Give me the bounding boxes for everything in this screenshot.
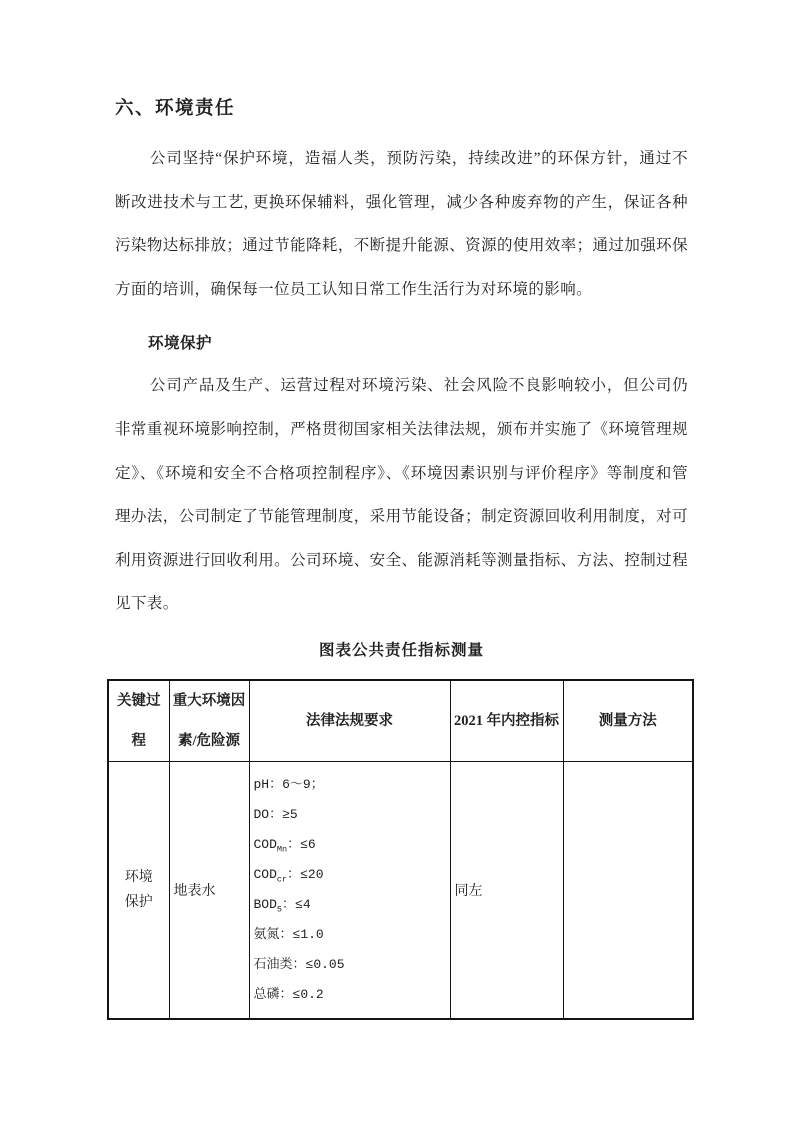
requirement-value: ：≥5 — [269, 807, 298, 822]
table-header-row: 关键过程 重大环境因素/危险源 法律法规要求 2021 年内控指标 测量方法 — [108, 680, 693, 762]
requirement-name: COD — [254, 867, 277, 882]
requirement-value: ：≤4 — [282, 897, 311, 912]
requirement-name: BOD — [254, 897, 277, 912]
subsection-heading-environment-protection: 环境保护 — [115, 330, 688, 357]
requirement-name: DO — [254, 807, 270, 822]
cell-measure-method — [563, 761, 693, 1019]
requirement-line-cod-cr: CODcr：≤20 — [254, 860, 450, 890]
paragraph-environment-protection: 公司产品及生产、运营过程对环境污染、社会风险不良影响较小，但公司仍非常重视环境影… — [115, 364, 688, 626]
cell-key-process: 环境 保护 — [108, 761, 169, 1019]
col-header-key-process: 关键过程 — [108, 680, 169, 762]
cell-2021-control-indicator: 同左 — [450, 761, 563, 1019]
table-row: 环境 保护 地表水 pH：6～9； DO：≥5 CODMn：≤6 CODcr：≤… — [108, 761, 693, 1019]
col-header-hazard-source: 重大环境因素/危险源 — [169, 680, 249, 762]
requirement-name: 氨氮 — [254, 927, 280, 942]
requirement-subscript: Mn — [277, 845, 287, 855]
key-process-line: 保护 — [109, 890, 169, 915]
requirement-line-petroleum: 石油类：≤0.05 — [254, 950, 450, 980]
requirement-value: ：6～9； — [269, 777, 324, 792]
requirement-line-ammonia: 氨氮：≤1.0 — [254, 920, 450, 950]
cell-hazard-surface-water: 地表水 — [169, 761, 249, 1019]
requirement-subscript: cr — [277, 875, 287, 885]
document-page: 六、环境责任 公司坚持“保护环境，造福人类，预防污染，持续改进”的环保方针，通过… — [0, 0, 800, 1132]
cell-legal-requirements: pH：6～9； DO：≥5 CODMn：≤6 CODcr：≤20 BOD5：≤4… — [249, 761, 450, 1019]
requirement-value: ：≤6 — [287, 837, 316, 852]
key-process-line: 环境 — [109, 865, 169, 890]
requirement-name: 石油类 — [254, 957, 293, 972]
responsibility-indicator-table: 关键过程 重大环境因素/危险源 法律法规要求 2021 年内控指标 测量方法 环… — [107, 679, 694, 1021]
requirement-line-cod-mn: CODMn：≤6 — [254, 830, 450, 860]
requirement-line-ph: pH：6～9； — [254, 770, 450, 800]
requirement-value: ：≤20 — [287, 867, 323, 882]
requirement-name: pH — [254, 777, 270, 792]
requirement-line-total-phosphorus: 总磷：≤0.2 — [254, 980, 450, 1010]
requirement-value: ：≤0.05 — [293, 957, 345, 972]
section-heading: 六、环境责任 — [115, 96, 688, 123]
requirement-line-do: DO：≥5 — [254, 800, 450, 830]
requirement-value: ：≤1.0 — [280, 927, 324, 942]
table-title: 图表公共责任指标测量 — [115, 637, 688, 664]
requirement-name: 总磷 — [254, 987, 280, 1002]
col-header-2021-control-indicator: 2021 年内控指标 — [450, 680, 563, 762]
requirement-name: COD — [254, 837, 277, 852]
col-header-legal-requirements: 法律法规要求 — [249, 680, 450, 762]
col-header-measure-method: 测量方法 — [563, 680, 693, 762]
requirement-line-bod5: BOD5：≤4 — [254, 890, 450, 920]
requirement-value: ：≤0.2 — [280, 987, 324, 1002]
paragraph-environment-policy: 公司坚持“保护环境，造福人类，预防污染，持续改进”的环保方针，通过不断改进技术与… — [115, 137, 688, 311]
